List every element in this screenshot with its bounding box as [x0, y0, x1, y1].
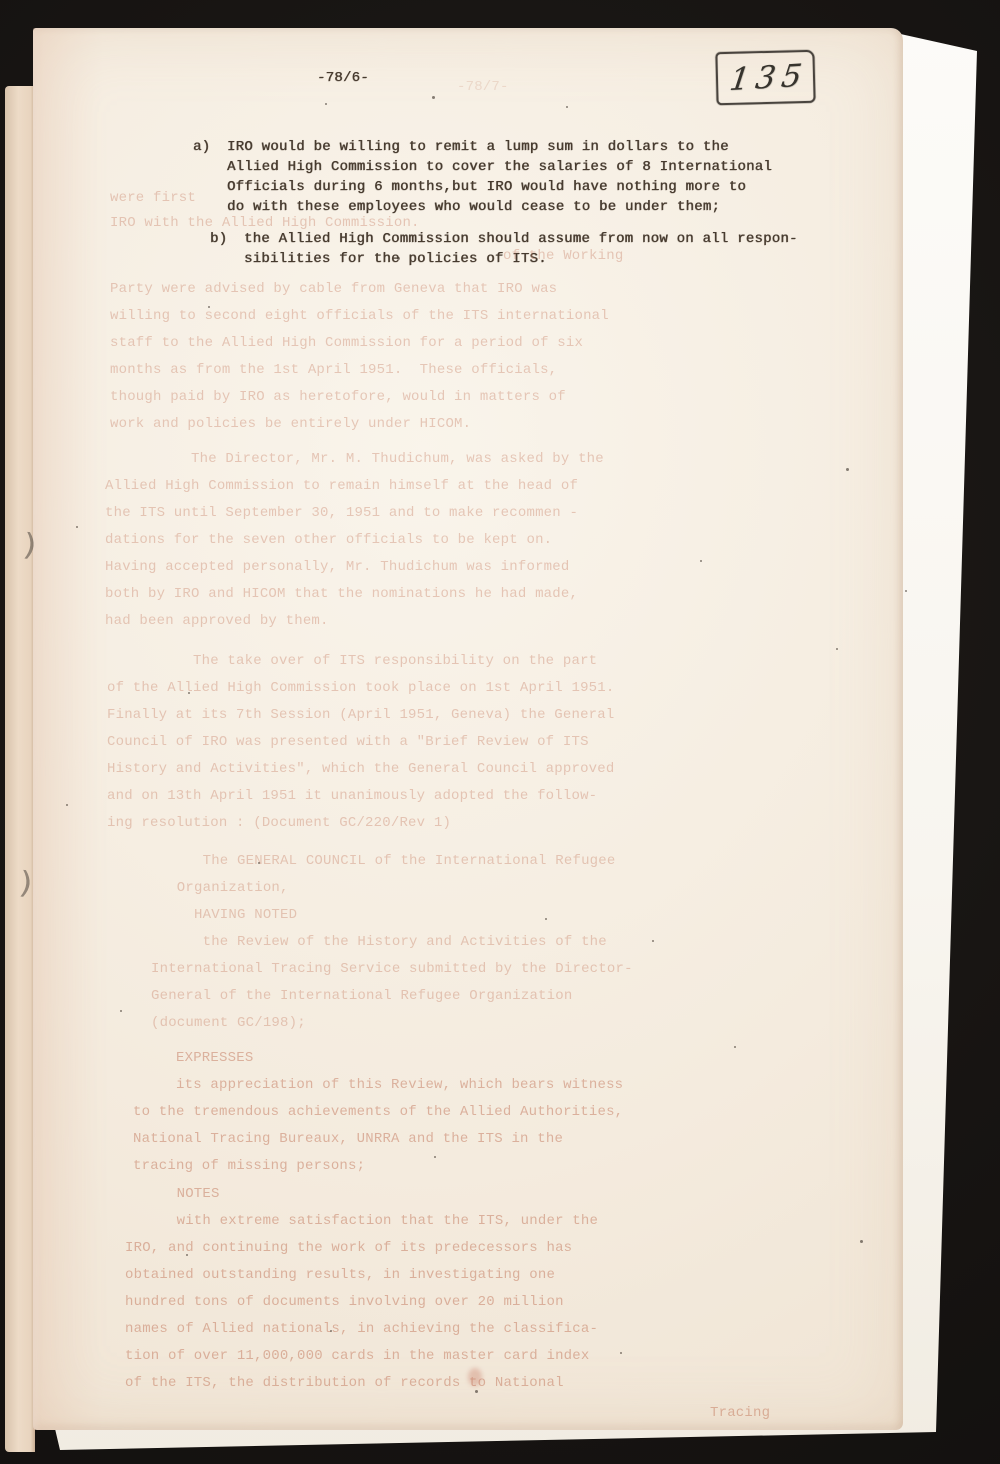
- dust-speck: [620, 1352, 622, 1354]
- ghost-line: staff to the Allied High Commission for …: [110, 330, 609, 357]
- dust-speck: [258, 862, 260, 864]
- ghost-line: willing to second eight officials of the…: [110, 303, 609, 330]
- folio-stamp-box: 135: [715, 50, 815, 105]
- ghost-line: HAVING NOTED: [151, 902, 633, 929]
- dust-speck: [652, 940, 654, 942]
- ghost-line: National Tracing Bureaux, UNRRA and the …: [133, 1126, 623, 1153]
- dust-speck: [545, 918, 547, 920]
- folio-stamp-number: 135: [721, 57, 809, 98]
- ghost-line: Having accepted personally, Mr. Thudichu…: [105, 554, 604, 581]
- typed-list-item: a)IRO would be willing to remit a lump s…: [193, 137, 772, 217]
- dust-speck: [475, 1390, 478, 1393]
- dust-speck: [432, 96, 435, 99]
- ghost-line: of the Allied High Commission took place…: [107, 675, 614, 702]
- ghost-paragraph: Party were advised by cable from Geneva …: [110, 276, 609, 438]
- ghost-line: Council of IRO was presented with a "Bri…: [107, 729, 614, 756]
- ghost-line: work and policies be entirely under HICO…: [110, 411, 609, 438]
- typed-line: Allied High Commission to cover the sala…: [227, 157, 772, 177]
- binding-page-edges: [5, 86, 35, 1452]
- dust-speck: [860, 1240, 863, 1243]
- page-number: -78/6-: [317, 68, 369, 88]
- ghost-line: The take over of ITS responsibility on t…: [107, 648, 614, 675]
- ghost-catchword: Tracing: [710, 1400, 770, 1427]
- ghost-line: and on 13th April 1951 it unanimously ad…: [107, 783, 614, 810]
- ghost-text-fragment: of the Working: [503, 243, 623, 270]
- ghost-line: ing resolution : (Document GC/220/Rev 1): [107, 810, 614, 837]
- dust-speck: [188, 692, 190, 694]
- dust-speck: [434, 1156, 436, 1158]
- dust-speck: [846, 468, 849, 471]
- ghost-line: tracing of missing persons;: [133, 1153, 623, 1180]
- dust-speck: [700, 560, 702, 562]
- document-page: -78/6- -78/7- 135 Tracing a)IRO would be…: [33, 28, 903, 1430]
- dust-speck: [76, 526, 78, 528]
- list-item-label: a): [193, 137, 227, 217]
- dust-speck: [905, 590, 907, 592]
- ghost-line: Finally at its 7th Session (April 1951, …: [107, 702, 614, 729]
- ghost-line: International Tracing Service submitted …: [151, 956, 633, 983]
- ghost-paragraph: The Director, Mr. M. Thudichum, was aske…: [105, 446, 604, 635]
- ghost-line: with extreme satisfaction that the ITS, …: [125, 1208, 598, 1235]
- ghost-line: obtained outstanding results, in investi…: [125, 1262, 598, 1289]
- ghost-page-number: -78/7-: [457, 74, 509, 101]
- ghost-line: the ITS until September 30, 1951 and to …: [105, 500, 604, 527]
- ghost-line: The GENERAL COUNCIL of the International…: [151, 848, 633, 875]
- ghost-line: History and Activities", which the Gener…: [107, 756, 614, 783]
- ghost-line: Organization,: [151, 875, 633, 902]
- ghost-paragraph: The take over of ITS responsibility on t…: [107, 648, 614, 837]
- ghost-paragraph: EXPRESSES its appreciation of this Revie…: [133, 1045, 623, 1180]
- ghost-line: Party were advised by cable from Geneva …: [110, 276, 609, 303]
- ghost-text-fragment: IRO with the Allied High Commission.: [110, 210, 420, 237]
- ghost-line: the Review of the History and Activities…: [151, 929, 633, 956]
- ghost-paragraph: The GENERAL COUNCIL of the International…: [151, 848, 633, 1037]
- ghost-line: General of the International Refugee Org…: [151, 983, 633, 1010]
- ink-smudge: [468, 1368, 482, 1386]
- typed-line: IRO would be willing to remit a lump sum…: [227, 137, 772, 157]
- ghost-line: its appreciation of this Review, which b…: [133, 1072, 623, 1099]
- ghost-line: to the tremendous achievements of the Al…: [133, 1099, 623, 1126]
- dust-speck: [734, 1046, 736, 1048]
- dust-speck: [560, 238, 562, 240]
- ghost-line: The Director, Mr. M. Thudichum, was aske…: [105, 446, 604, 473]
- dust-speck: [325, 103, 327, 105]
- ghost-line: both by IRO and HICOM that the nominatio…: [105, 581, 604, 608]
- ghost-line: names of Allied nationals, in achieving …: [125, 1316, 598, 1343]
- typed-line: Officials during 6 months,but IRO would …: [227, 177, 772, 197]
- dust-speck: [66, 804, 68, 806]
- dust-speck: [186, 1254, 188, 1256]
- dust-speck: [836, 648, 838, 650]
- ghost-line: had been approved by them.: [105, 608, 604, 635]
- ghost-line: though paid by IRO as heretofore, would …: [110, 384, 609, 411]
- ghost-line: EXPRESSES: [133, 1045, 623, 1072]
- ghost-paragraph: NOTES with extreme satisfaction that the…: [125, 1181, 598, 1397]
- ghost-line: (document GC/198);: [151, 1010, 633, 1037]
- ghost-line: tion of over 11,000,000 cards in the mas…: [125, 1343, 598, 1370]
- ghost-line: months as from the 1st April 1951. These…: [110, 357, 609, 384]
- dust-speck: [120, 1010, 122, 1012]
- dust-speck: [566, 106, 568, 108]
- list-item-lines: IRO would be willing to remit a lump sum…: [227, 137, 772, 217]
- dust-speck: [208, 306, 210, 308]
- ghost-text-fragment: were first: [110, 185, 196, 212]
- dust-speck: [330, 1330, 332, 1332]
- ghost-line: IRO, and continuing the work of its pred…: [125, 1235, 598, 1262]
- ghost-line: hundred tons of documents involving over…: [125, 1289, 598, 1316]
- ghost-line: NOTES: [125, 1181, 598, 1208]
- ghost-line: of the ITS, the distribution of records …: [125, 1370, 598, 1397]
- ghost-line: dations for the seven other officials to…: [105, 527, 604, 554]
- ghost-line: Allied High Commission to remain himself…: [105, 473, 604, 500]
- dust-speck: [397, 257, 400, 260]
